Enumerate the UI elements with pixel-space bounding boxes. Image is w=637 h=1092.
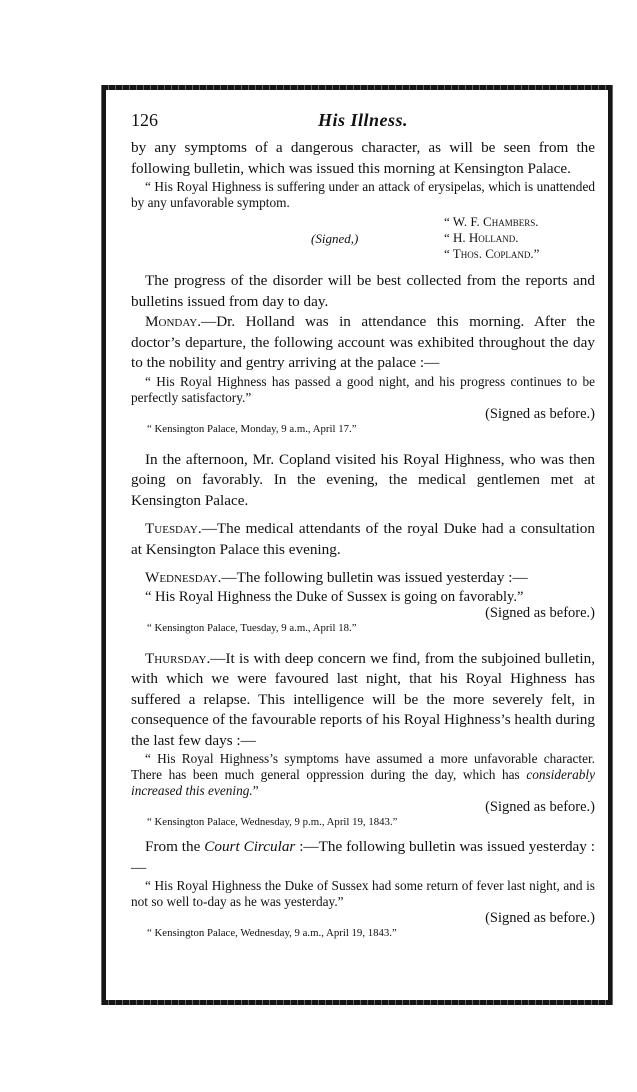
bulletin-3: “ His Royal Highness the Duke of Sussex … xyxy=(131,589,595,605)
day-label-monday: Monday. xyxy=(145,313,201,330)
signature-block: (Signed,) “ W. F. Chambers. “ H. Holland… xyxy=(131,211,595,263)
day-label-tuesday: Tuesday. xyxy=(145,520,202,537)
day-label-thursday: Thursday. xyxy=(145,650,210,667)
court-prefix: From the xyxy=(145,838,204,855)
wednesday-text: —The following bulletin was issued yeste… xyxy=(221,569,527,586)
bulletin-5: “ His Royal Highness the Duke of Sussex … xyxy=(131,878,595,910)
running-title: His Illness. xyxy=(131,110,595,131)
signatory-copland: “ Thos. Copland.” xyxy=(444,246,539,262)
page-content: 126 His Illness. by any symptoms of a da… xyxy=(131,108,595,940)
day-label-wednesday: Wednesday. xyxy=(145,569,221,586)
signed-as-before-4: (Signed as before.) xyxy=(131,910,595,926)
court-circular-title: Court Circular xyxy=(204,838,295,855)
dateline-1: “ Kensington Palace, Monday, 9 a.m., Apr… xyxy=(131,422,595,436)
signed-as-before-2: (Signed as before.) xyxy=(131,605,595,621)
signed-label: (Signed,) xyxy=(311,231,358,247)
paragraph-monday: Monday.—Dr. Holland was in attendance th… xyxy=(131,312,595,374)
signatories: “ W. F. Chambers. “ H. Holland. “ Thos. … xyxy=(444,214,539,262)
bulletin-4: “ His Royal Highness’s symptoms have ass… xyxy=(131,751,595,799)
dateline-4: “ Kensington Palace, Wednesday, 9 a.m., … xyxy=(131,926,595,940)
signed-as-before-3: (Signed as before.) xyxy=(131,799,595,815)
signatory-holland: “ H. Holland. xyxy=(444,230,539,246)
paragraph-wednesday: Wednesday.—The following bulletin was is… xyxy=(131,568,595,589)
dateline-3: “ Kensington Palace, Wednesday, 9 p.m., … xyxy=(131,815,595,829)
bulletin-2: “ His Royal Highness has passed a good n… xyxy=(131,374,595,406)
bulletin-4-close: ” xyxy=(253,783,259,798)
signatory-chambers: “ W. F. Chambers. xyxy=(444,214,539,230)
signed-as-before-1: (Signed as before.) xyxy=(131,406,595,422)
paragraph-tuesday: Tuesday.—The medical attendants of the r… xyxy=(131,519,595,560)
paragraph-court-circular: From the Court Circular :—The following … xyxy=(131,837,595,878)
page-header: 126 His Illness. xyxy=(131,108,595,138)
dateline-2: “ Kensington Palace, Tuesday, 9 a.m., Ap… xyxy=(131,621,595,635)
paragraph-afternoon: In the afternoon, Mr. Copland visited hi… xyxy=(131,450,595,512)
monday-text: —Dr. Holland was in attendance this morn… xyxy=(131,313,595,371)
paragraph-intro: by any symptoms of a dangerous character… xyxy=(131,138,595,179)
paragraph-progress: The progress of the disorder will be bes… xyxy=(131,271,595,312)
paragraph-thursday: Thursday.—It is with deep concern we fin… xyxy=(131,649,595,752)
bulletin-1: “ His Royal Highness is suffering under … xyxy=(131,179,595,211)
